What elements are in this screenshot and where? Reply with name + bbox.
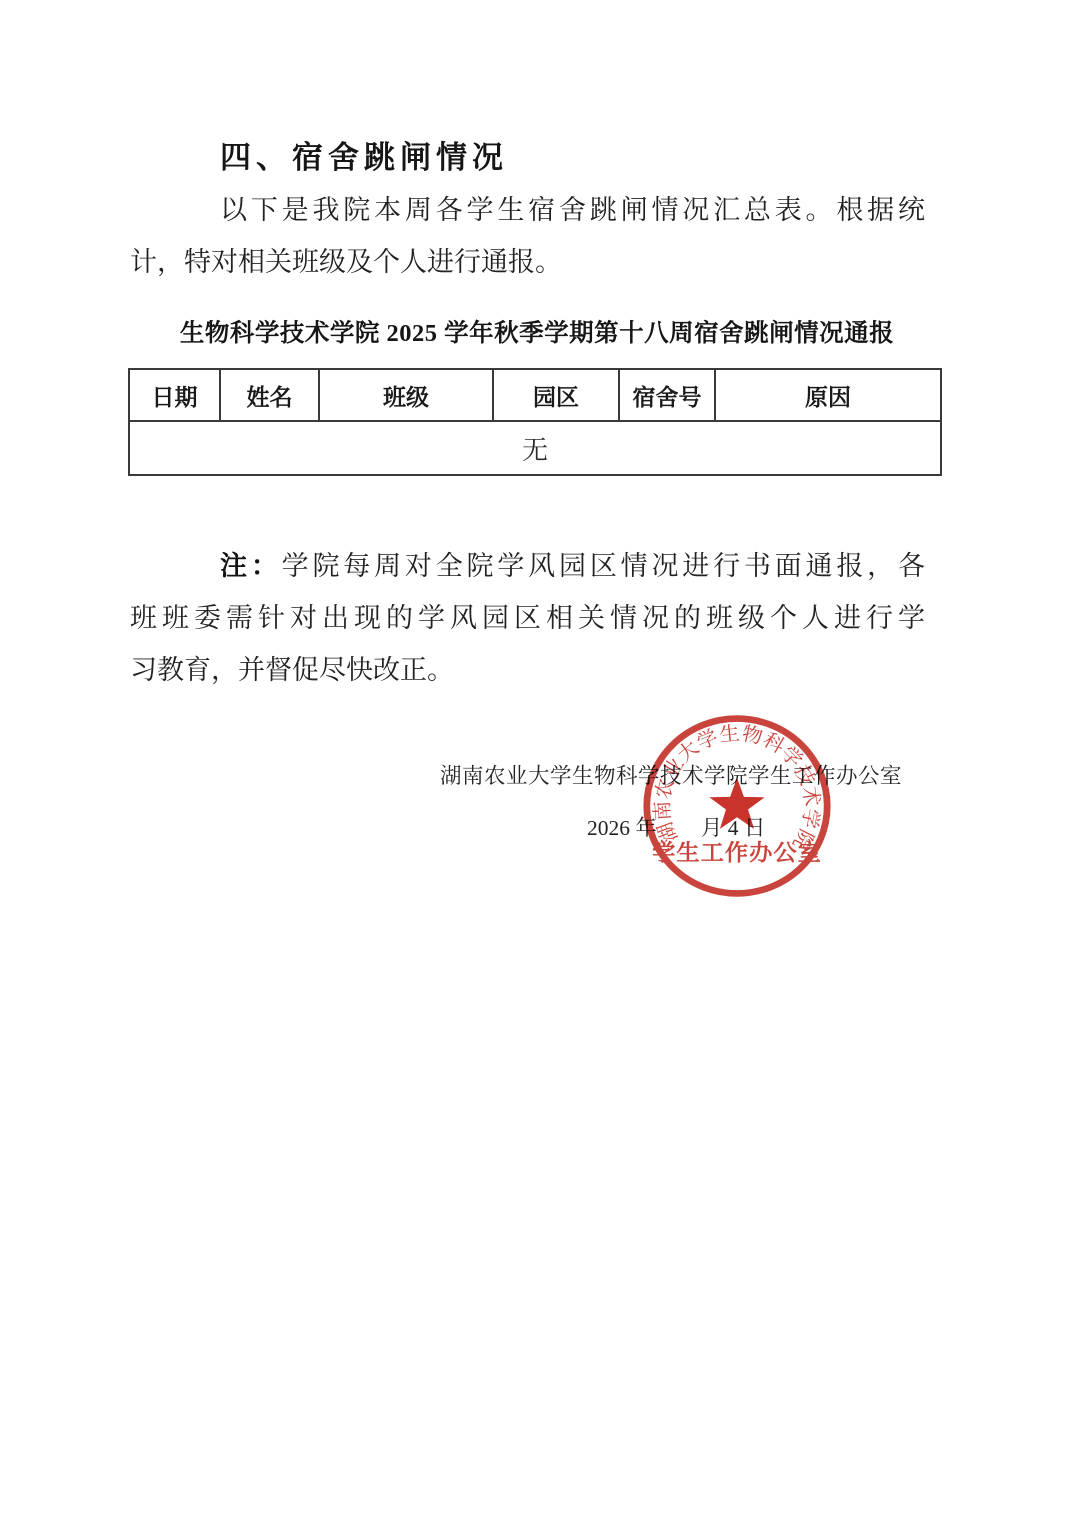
official-stamp: 湖南农业大学生物科学技术学院 学生工作办公室: [640, 712, 834, 900]
table-row: 无: [129, 421, 941, 475]
note-line-1-text: 学院每周对全院学风园区情况进行书面通报，各: [282, 551, 925, 581]
note-line-1: 注：学院每周对全院学风园区情况进行书面通报，各: [130, 540, 925, 592]
col-header-date: 日期: [129, 369, 220, 421]
note-line-3: 习教育，并督促尽快改正。: [130, 644, 925, 696]
table-header-row: 日期 姓名 班级 园区 宿舍号 原因: [129, 369, 941, 421]
intro-line-2: 计，特对相关班级及个人进行通报。: [130, 236, 925, 288]
col-header-class: 班级: [319, 369, 493, 421]
col-header-campus: 园区: [493, 369, 619, 421]
col-header-reason: 原因: [715, 369, 941, 421]
col-header-name: 姓名: [220, 369, 319, 421]
intro-line-1: 以下是我院本周各学生宿舍跳闸情况汇总表。根据统: [130, 184, 925, 236]
report-title: 生物科学技术学院 2025 学年秋季学期第十八周宿舍跳闸情况通报: [0, 316, 1074, 352]
stamp-bottom-text: 学生工作办公室: [652, 840, 822, 866]
document-page: 四、宿舍跳闸情况 以下是我院本周各学生宿舍跳闸情况汇总表。根据统 计，特对相关班…: [0, 0, 1074, 1520]
report-table: 日期 姓名 班级 园区 宿舍号 原因 无: [128, 368, 942, 476]
note-paragraph: 注：学院每周对全院学风园区情况进行书面通报，各 班班委需针对出现的学风园区相关情…: [130, 540, 925, 696]
note-label: 注：: [220, 551, 282, 581]
star-icon: [709, 778, 764, 829]
note-line-2: 班班委需针对出现的学风园区相关情况的班级个人进行学: [130, 592, 925, 644]
col-header-dorm-no: 宿舍号: [619, 369, 715, 421]
empty-row-cell: 无: [129, 421, 941, 475]
section-heading: 四、宿舍跳闸情况: [220, 140, 508, 176]
intro-paragraph: 以下是我院本周各学生宿舍跳闸情况汇总表。根据统 计，特对相关班级及个人进行通报。: [130, 184, 925, 288]
